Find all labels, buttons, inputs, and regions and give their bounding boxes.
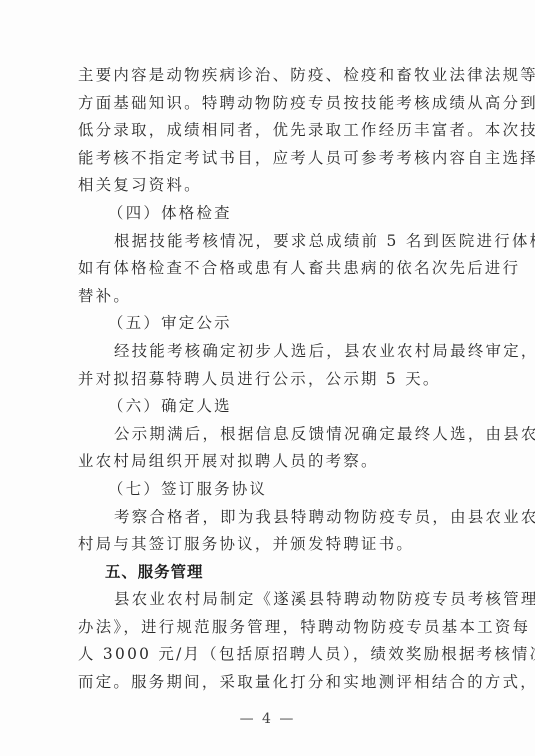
paragraph-line: 而定。服务期间，采取量化打分和实地测评相结合的方式，	[78, 669, 448, 697]
paragraph-line: 如有体格检查不合格或患有人畜共患病的依名次先后进行	[78, 255, 448, 283]
paragraph-line: 方面基础知识。特聘动物防疫专员按技能考核成绩从高分到	[78, 90, 448, 118]
paragraph-line: 人 3000 元/月（包括原招聘人员），绩效奖励根据考核情况	[78, 641, 448, 669]
paragraph-line: 替补。	[78, 283, 448, 311]
document-page: 主要内容是动物疾病诊治、防疫、检疫和畜牧业法律法规等 方面基础知识。特聘动物防疫…	[0, 0, 535, 756]
paragraph-line: 能考核不指定考试书目，应考人员可参考考核内容自主选择	[78, 145, 448, 173]
paragraph-line: 考察合格者，即为我县特聘动物防疫专员，由县农业农	[78, 504, 448, 532]
paragraph-line: 主要内容是动物疾病诊治、防疫、检疫和畜牧业法律法规等	[78, 62, 448, 90]
body-text: 主要内容是动物疾病诊治、防疫、检疫和畜牧业法律法规等 方面基础知识。特聘动物防疫…	[78, 62, 448, 697]
paragraph-line: 村局与其签订服务协议，并颁发特聘证书。	[78, 531, 448, 559]
paragraph-line: 并对拟招募特聘人员进行公示，公示期 5 天。	[78, 366, 448, 394]
paragraph-line: 县农业农村局制定《遂溪县特聘动物防疫专员考核管理	[78, 586, 448, 614]
page-number: — 4 —	[0, 711, 535, 727]
paragraph-line: 根据技能考核情况，要求总成绩前 5 名到医院进行体检，	[78, 228, 448, 256]
paragraph-line: 公示期满后，根据信息反馈情况确定最终人选，由县农	[78, 421, 448, 449]
section-heading: 五、服务管理	[78, 559, 448, 587]
section-subheading: （四）体格检查	[78, 200, 448, 228]
section-subheading: （六）确定人选	[78, 393, 448, 421]
paragraph-line: 低分录取，成绩相同者，优先录取工作经历丰富者。本次技	[78, 117, 448, 145]
paragraph-line: 业农村局组织开展对拟聘人员的考察。	[78, 448, 448, 476]
paragraph-line: 相关复习资料。	[78, 172, 448, 200]
section-subheading: （五）审定公示	[78, 310, 448, 338]
section-subheading: （七）签订服务协议	[78, 476, 448, 504]
paragraph-line: 经技能考核确定初步人选后，县农业农村局最终审定，	[78, 338, 448, 366]
paragraph-line: 办法》，进行规范服务管理，特聘动物防疫专员基本工资每	[78, 614, 448, 642]
